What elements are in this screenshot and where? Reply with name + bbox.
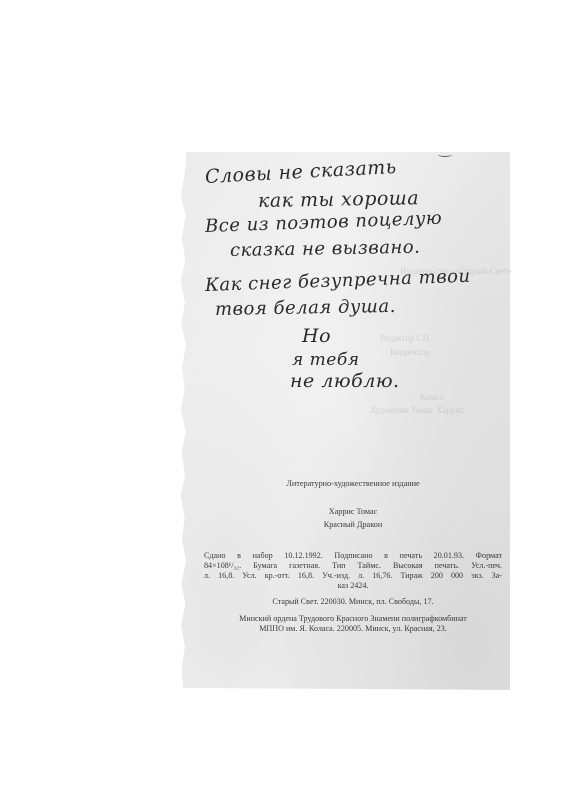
handwritten-line: Но xyxy=(302,325,331,347)
bleed-through-line: Книга xyxy=(420,392,443,402)
handwritten-line: не люблю. xyxy=(290,370,400,392)
printer-line: МППО им. Я. Коласа. 220005. Минск, ул. К… xyxy=(204,624,502,634)
pen-mark xyxy=(438,152,452,157)
handwritten-line: твоя белая душа. xyxy=(215,296,396,320)
publication-detail-line: каз 2424. xyxy=(204,581,502,591)
book-author: Харрис Томас xyxy=(204,507,502,518)
publication-detail-line: л. 16,8. Усл. кр.-отт. 16,8. Уч.-изд. л.… xyxy=(204,571,502,581)
printer-address: Минский ордена Трудового Красного Знамен… xyxy=(204,614,502,634)
bleed-through-line: Редактор СП xyxy=(380,333,429,343)
handwritten-line: сказка не вызвано. xyxy=(230,237,421,261)
publication-detail-line: 84×108¹/₃₂. Бумага газетная. Тип Таймс. … xyxy=(204,561,502,571)
edition-type: Литературно-художественное издание xyxy=(204,479,502,490)
bleed-through-line: Художник Томас Харрис xyxy=(370,405,464,415)
publication-details: Сдано в набор 10.12.1992. Подписано в пе… xyxy=(204,551,502,591)
handwritten-line: как ты хороша xyxy=(258,187,420,212)
publisher-line: Старый Свет. 220030. Минск, пл. Свободы,… xyxy=(204,597,502,607)
publication-detail-line: Сдано в набор 10.12.1992. Подписано в пе… xyxy=(204,551,502,561)
book-title: Красный Дракон xyxy=(204,520,502,531)
handwritten-line: я тебя xyxy=(292,350,359,370)
printer-line: Минский ордена Трудового Красного Знамен… xyxy=(204,614,502,624)
bleed-through-line: Корректор xyxy=(390,347,430,357)
publisher-address: Старый Свет. 220030. Минск, пл. Свободы,… xyxy=(204,597,502,607)
